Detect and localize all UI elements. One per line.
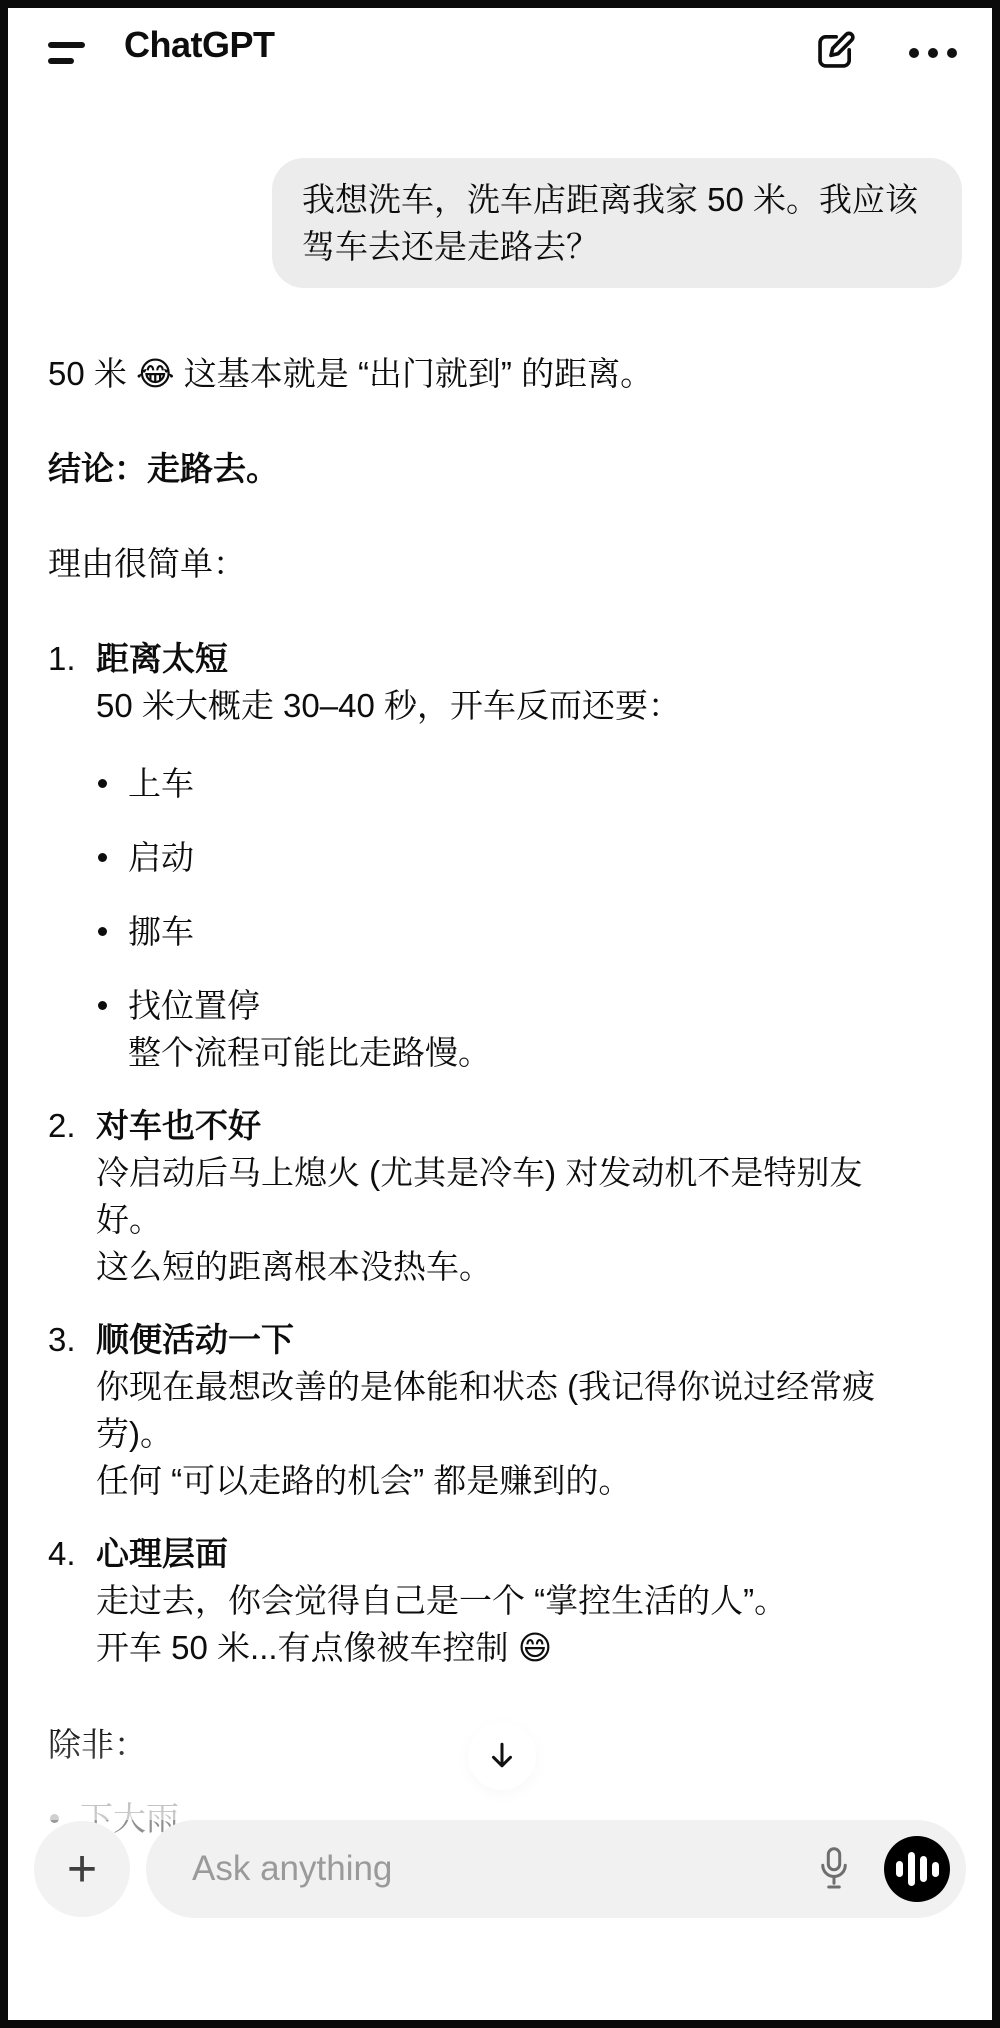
bullet-extra-text: 整个流程可能比走路慢。 (128, 1029, 491, 1076)
ellipsis-icon (928, 48, 938, 58)
more-options-button[interactable] (902, 38, 964, 68)
bullet-list: 上车 启动 挪车 (96, 760, 916, 1076)
list-item: 4. 心理层面 走过去，你会觉得自己是一个 “掌控生活的人”。 开车 50 米.… (48, 1530, 962, 1671)
bullet-text: 上车 (128, 760, 194, 807)
list-item-body: 距离太短 50 米大概走 30–40 秒，开车反而还要： 上车 启动 (96, 635, 916, 1076)
microphone-icon (816, 1845, 852, 1893)
list-item-title: 顺便活动一下 (96, 1316, 916, 1363)
dictation-button[interactable] (816, 1845, 852, 1893)
bullet-text-group: 找位置停 整个流程可能比走路慢。 (128, 982, 491, 1076)
assistant-paragraph: 理由很简单： (48, 540, 962, 587)
composer-bar: + (8, 1820, 992, 1918)
bullet-dot-icon (96, 834, 128, 881)
add-attachment-button[interactable]: + (34, 1821, 130, 1917)
list-item-title: 距离太短 (96, 635, 916, 682)
list-item-title: 心理层面 (96, 1530, 916, 1577)
list-item: 1. 距离太短 50 米大概走 30–40 秒，开车反而还要： 上车 启动 (48, 635, 962, 1076)
waveform-icon (908, 1852, 915, 1886)
phone-screen: ChatGPT 我想洗车，洗车店距离我家 50 米。我应该驾车去还是走路去？ 5… (0, 0, 1000, 2028)
scroll-to-bottom-button[interactable] (468, 1722, 536, 1790)
user-message-row: 我想洗车，洗车店距离我家 50 米。我应该驾车去还是走路去？ (48, 158, 962, 288)
list-item-number: 4. (48, 1530, 96, 1671)
message-input-pill[interactable] (146, 1820, 966, 1918)
assistant-paragraph: 50 米 😂 这基本就是 “出门就到” 的距离。 (48, 350, 962, 397)
bullet-text: 找位置停 (128, 982, 491, 1029)
bullet-item: 启动 (96, 834, 916, 881)
bullet-item: 上车 (96, 760, 916, 807)
app-title: ChatGPT (124, 24, 275, 66)
list-item: 3. 顺便活动一下 你现在最想改善的是体能和状态 (我记得你说过经常疲劳)。 任… (48, 1316, 962, 1504)
header-bar: ChatGPT (8, 8, 992, 112)
list-item-body: 对车也不好 冷启动后马上熄火 (尤其是冷车) 对发动机不是特别友好。 这么短的距… (96, 1102, 916, 1290)
list-item-text: 50 米大概走 30–40 秒，开车反而还要： (96, 682, 916, 729)
list-item-text: 走过去，你会觉得自己是一个 “掌控生活的人”。 (96, 1577, 916, 1624)
list-item-number: 2. (48, 1102, 96, 1290)
assistant-conclusion: 结论：走路去。 (48, 445, 962, 492)
waveform-icon (932, 1862, 939, 1877)
bullet-dot-icon (96, 908, 128, 955)
list-item-body: 心理层面 走过去，你会觉得自己是一个 “掌控生活的人”。 开车 50 米...有… (96, 1530, 916, 1671)
message-input[interactable] (190, 1820, 750, 1918)
sidebar-menu-icon[interactable] (48, 42, 88, 72)
list-item-body: 顺便活动一下 你现在最想改善的是体能和状态 (我记得你说过经常疲劳)。 任何 “… (96, 1316, 916, 1504)
assistant-message: 50 米 😂 这基本就是 “出门就到” 的距离。 结论：走路去。 理由很简单： … (48, 350, 962, 1842)
plus-icon: + (67, 1843, 97, 1895)
compose-icon (812, 28, 858, 74)
list-item-text: 你现在最想改善的是体能和状态 (我记得你说过经常疲劳)。 (96, 1363, 916, 1457)
list-item-text: 冷启动后马上熄火 (尤其是冷车) 对发动机不是特别友好。 (96, 1149, 916, 1243)
list-item-number: 3. (48, 1316, 96, 1504)
new-chat-button[interactable] (812, 28, 858, 74)
list-item-text: 开车 50 米...有点像被车控制 😄 (96, 1624, 916, 1671)
down-arrow-icon (486, 1739, 518, 1773)
bullet-text: 启动 (128, 834, 194, 881)
waveform-icon (920, 1856, 927, 1882)
bullet-item: 挪车 (96, 908, 916, 955)
menu-bar-bottom (48, 58, 74, 64)
voice-mode-button[interactable] (884, 1836, 950, 1902)
bullet-text: 挪车 (128, 908, 194, 955)
list-item-text: 任何 “可以走路的机会” 都是赚到的。 (96, 1457, 916, 1504)
list-item: 2. 对车也不好 冷启动后马上熄火 (尤其是冷车) 对发动机不是特别友好。 这么… (48, 1102, 962, 1290)
chat-area: 我想洗车，洗车店距离我家 50 米。我应该驾车去还是走路去？ 50 米 😂 这基… (8, 158, 992, 1842)
bullet-dot-icon (96, 760, 128, 807)
list-item-number: 1. (48, 635, 96, 1076)
list-item-title: 对车也不好 (96, 1102, 916, 1149)
menu-bar-top (48, 42, 85, 48)
ellipsis-icon (947, 48, 957, 58)
list-item-text: 这么短的距离根本没热车。 (96, 1243, 916, 1290)
numbered-list: 1. 距离太短 50 米大概走 30–40 秒，开车反而还要： 上车 启动 (48, 635, 962, 1671)
ellipsis-icon (909, 48, 919, 58)
bullet-item: 找位置停 整个流程可能比走路慢。 (96, 982, 916, 1076)
waveform-icon (896, 1861, 903, 1877)
bullet-dot-icon (96, 982, 128, 1076)
user-message-bubble: 我想洗车，洗车店距离我家 50 米。我应该驾车去还是走路去？ (272, 158, 962, 288)
